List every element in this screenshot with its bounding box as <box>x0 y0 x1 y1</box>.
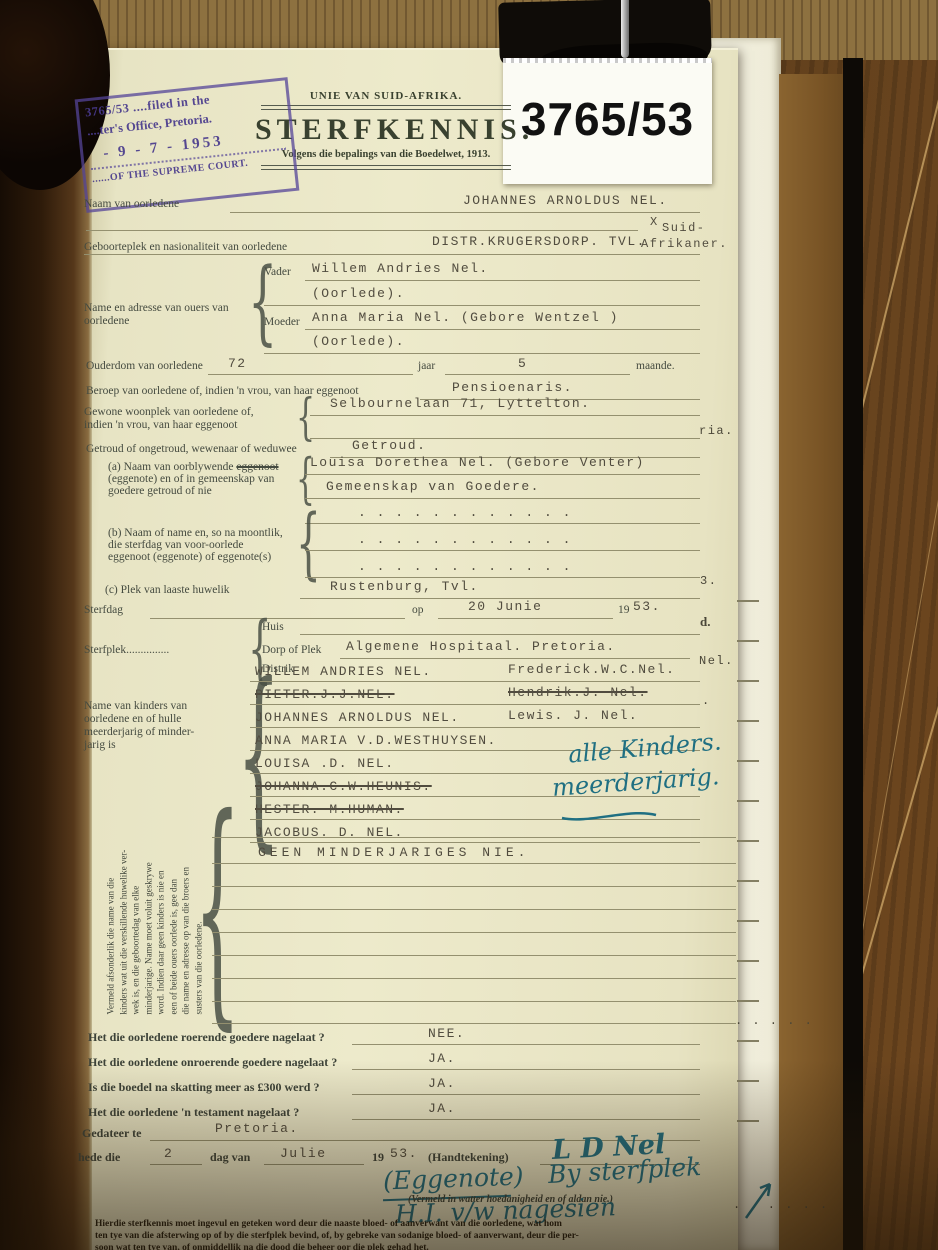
predeceased-dots-2: . . . . . . . . . . . . <box>358 532 572 547</box>
death-place-value: Algemene Hospitaal. Pretoria. <box>346 639 616 654</box>
underlying-text-fragment: Nel. <box>699 654 734 668</box>
rule-line <box>250 680 700 682</box>
footer-instruction-line: soon wat ten tye van, of onmiddellik na … <box>95 1242 740 1250</box>
label-7a-text: (a) Naam van oorblywende <box>108 461 234 473</box>
field-label-children-1: Name van kinders van <box>84 700 187 714</box>
child-name: Lewis. J. Nel. <box>508 708 638 723</box>
field-label-marital: Getroud of ongetroud, wewenaar of weduwe… <box>86 443 297 457</box>
death-day-op-label: op <box>412 604 424 618</box>
binder-clip-lever <box>621 0 629 58</box>
underlying-text-fragment: d. <box>700 614 710 630</box>
father-status-value: (Oorlede). <box>312 286 405 301</box>
year-century-label: 19 <box>372 1150 384 1165</box>
rule-line <box>150 1163 202 1165</box>
margin-note-line: Vermeld afsonderlik die name van die <box>105 790 118 1015</box>
rule-line <box>352 1093 700 1095</box>
months-unit-label: maande. <box>636 360 675 374</box>
underlying-dots-fragment: . . . . . <box>735 1014 813 1028</box>
father-label: Vader <box>264 266 291 280</box>
no-minors-value: GEEN MINDERJARIGES NIE. <box>258 845 529 860</box>
day-value: 2 <box>164 1146 173 1161</box>
margin-note-line: kinders wat uit die verskillende huwelik… <box>117 790 130 1015</box>
underlying-text-fragment: ria. <box>699 424 734 438</box>
rule-line <box>445 373 630 375</box>
rule-line <box>352 1043 700 1045</box>
rule-line <box>340 657 690 659</box>
child-name: LOUISA .D. NEL. <box>255 756 395 771</box>
photographed-death-notice: ria. 3. d. Nel. . . . . . . . . . . . . … <box>0 0 938 1250</box>
child-name: WILLEM ANDRIES NEL. <box>255 664 432 679</box>
field-label-children-4: jarig is <box>84 739 116 753</box>
rule-line <box>352 1068 700 1070</box>
rule-line <box>300 633 700 635</box>
book-cover-board <box>779 74 845 1250</box>
registry-stamp: 3765/53 ....filed in the ....ter's Offic… <box>75 77 300 213</box>
predeceased-dots-1: . . . . . . . . . . . . <box>358 505 572 520</box>
field-label-children-2: oorledene en of hulle <box>84 713 181 727</box>
age-years-value: 72 <box>228 356 247 371</box>
death-year-century: 19 <box>618 604 630 618</box>
death-year-value: 53. <box>633 599 661 614</box>
margin-note-line: die name en adresse op van die broers en <box>180 790 193 1015</box>
handwritten-capacity-spouse: (Eggenote) <box>383 1162 524 1196</box>
rule-line <box>305 497 700 499</box>
predeceased-brace: { <box>296 505 321 583</box>
rule-line <box>264 1163 364 1165</box>
rule-line <box>208 373 413 375</box>
field-label-children-3: meerderjarig of minder- <box>84 726 194 740</box>
field-label-residence-1: Gewone woonplek van oorledene of, <box>84 406 254 420</box>
occupation-value: Pensioenaris. <box>452 380 573 395</box>
field-label-occupation: Beroep van oorledene of, indien 'n vrou,… <box>86 385 359 399</box>
field-label-age: Ouderdom van oorledene <box>86 360 203 374</box>
header-rule <box>261 165 511 170</box>
child-name: PIETER.J.J.NEL. <box>255 687 395 702</box>
father-name-value: Willem Andries Nel. <box>312 261 489 276</box>
rule-line <box>264 352 700 354</box>
rule-line <box>212 954 736 956</box>
mother-status-value: (Oorlede). <box>312 334 405 349</box>
answer-movable-property: NEE. <box>428 1026 465 1041</box>
question-testament: Het die oorledene 'n testament nagelaat … <box>88 1105 299 1120</box>
rule-line <box>86 229 638 231</box>
book-cover-shadow-gap <box>843 58 863 1250</box>
community-of-property-value: Gemeenskap van Goedere. <box>326 479 540 494</box>
field-label-death-day: Sterfdag <box>84 604 123 618</box>
mother-label: Moeder <box>264 316 300 330</box>
struck-word-eggenoot: eggenoot <box>236 461 278 473</box>
marital-value: Getroud. <box>352 438 426 453</box>
dated-at-label: Gedateer te <box>82 1126 141 1141</box>
death-day-value: 20 Junie <box>468 599 542 614</box>
child-name: JOHANNES ARNOLDUS NEL. <box>255 710 460 725</box>
rule-line <box>150 617 405 619</box>
nationality-x-mark: X <box>650 215 659 229</box>
handwritten-underline-swoosh <box>560 806 660 826</box>
underlying-text-fragment: 3. <box>700 574 717 588</box>
birthplace-value: DISTR.KRUGERSDORP. TVL. <box>432 234 646 249</box>
field-label-parents-2: oorledene <box>84 315 129 329</box>
nationality-value-1: Suid- <box>662 221 706 235</box>
underlying-text-fragment: . <box>702 694 711 708</box>
rule-line <box>438 617 613 619</box>
field-label-residence-2: indien 'n vrou, van haar eggenoot <box>84 419 237 433</box>
margin-note-line: wek is, en die geboortedag van elke <box>130 790 143 1015</box>
rule-line <box>250 841 700 843</box>
on-this-day-label: hede die <box>78 1150 120 1165</box>
rule-line <box>250 703 700 705</box>
rule-line <box>84 253 700 255</box>
field-label-7b-3: eggenoot (eggenote) of eggenote(s) <box>108 551 271 565</box>
rule-line <box>250 726 700 728</box>
footer-instruction-line: ten tye van die afsterwing op of by die … <box>95 1230 740 1242</box>
question-movable-property: Het die oorledene roerende goedere nagel… <box>88 1030 325 1045</box>
field-label-parents-1: Name en adresse van ouers van <box>84 302 229 316</box>
child-name: Frederick.W.C.Nel. <box>508 662 675 677</box>
year-value: 53. <box>390 1146 418 1161</box>
rule-line <box>352 1118 700 1120</box>
filing-number-label: 3765/53 <box>503 58 712 184</box>
years-unit-label: jaar <box>418 360 435 374</box>
rule-line <box>305 549 700 551</box>
rule-line <box>305 279 700 281</box>
child-name: ANNA MARIA V.D.WESTHUYSEN. <box>255 733 497 748</box>
rule-line <box>305 522 700 524</box>
dated-at-value: Pretoria. <box>215 1121 299 1136</box>
field-label-7c: (c) Plek van laaste huwelik <box>105 584 230 598</box>
question-immovable-property: Het die oorledene onroerende goedere nag… <box>88 1055 337 1070</box>
month-value: Julie <box>280 1146 327 1161</box>
age-months-value: 5 <box>518 356 527 371</box>
child-name: Hendrik.J. Nel. <box>508 685 648 700</box>
deceased-name-value: JOHANNES ARNOLDUS NEL. <box>463 193 668 208</box>
margin-note-line: een of beide ouers oorlede is, gee dan <box>167 790 180 1015</box>
margin-note-line: minderjarige. Name moet voluit geskrywe <box>142 790 155 1015</box>
question-estate-value: Is die boedel na skatting meer as £300 w… <box>88 1080 319 1095</box>
handwritten-arrow <box>742 1178 778 1222</box>
rule-line <box>212 931 736 933</box>
rule-line <box>212 885 736 887</box>
last-marriage-place-value: Rustenburg, Tvl. <box>330 579 479 594</box>
child-name: HESTER. M.HUMAN. <box>255 802 404 817</box>
rule-line <box>212 977 736 979</box>
day-of-label: dag van <box>210 1150 250 1165</box>
union-title: UNIE VAN SUID-AFRIKA. <box>255 90 517 102</box>
footer-instruction-line: Hierdie sterfkennis moet ingevul en gete… <box>95 1218 740 1230</box>
rule-line <box>310 414 700 416</box>
rule-line <box>212 862 736 864</box>
label-perforated-edge <box>503 58 712 63</box>
nationality-value-2: Afrikaner. <box>641 237 728 251</box>
field-label-death-place: Sterfplek............... <box>84 644 169 658</box>
field-label-deceased-name: Naam van oorledene <box>84 198 179 212</box>
child-name: JOHANNA.C.W.HEUNIS. <box>255 779 432 794</box>
rule-line <box>212 908 736 910</box>
rule-line <box>264 304 700 306</box>
surviving-spouse-value: Louisa Dorethea Nel. (Gebore Venter) <box>310 455 645 470</box>
rule-line <box>212 1000 736 1002</box>
field-label-7a-3: goedere getroud of nie <box>108 485 212 499</box>
header-rule <box>261 105 511 110</box>
answer-estate-value: JA. <box>428 1076 456 1091</box>
rule-line <box>212 1022 736 1024</box>
mother-name-value: Anna Maria Nel. (Gebore Wentzel ) <box>312 310 619 325</box>
rule-line <box>305 576 700 578</box>
answer-testament: JA. <box>428 1101 456 1116</box>
rule-line <box>230 211 700 213</box>
underlying-ruled-line-ends <box>737 600 759 1160</box>
margin-instruction-note: Vermeld afsonderlik die name van die kin… <box>105 790 205 1015</box>
margin-note-line: word. Indien daar geen kinders is nie en <box>155 790 168 1015</box>
rule-line <box>305 328 700 330</box>
residence-brace: { <box>296 392 315 442</box>
rule-line <box>212 836 736 838</box>
house-label: Huis <box>262 621 284 635</box>
predeceased-dots-3: . . . . . . . . . . . . <box>358 559 572 574</box>
rule-line <box>305 473 700 475</box>
answer-immovable-property: JA. <box>428 1051 456 1066</box>
filing-number: 3765/53 <box>503 92 712 146</box>
residence-value: Selbournelaan 71, Lyttelton. <box>330 396 590 411</box>
